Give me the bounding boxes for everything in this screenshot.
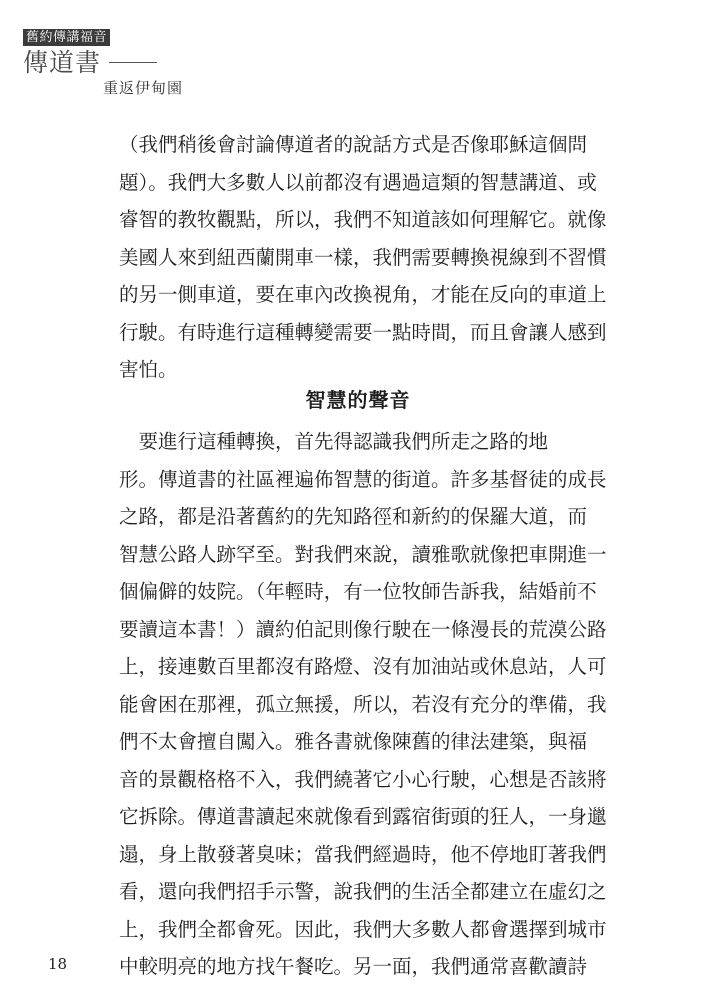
paragraph-1: （我們稍後會討論傳道者的說話方式是否像耶穌這個問 題）。我們大多數人以前都沒有遇… [119,126,597,389]
text-line: 形。傳道書的社區裡遍佈智慧的街道。許多基督徒的成長 [119,461,597,499]
text-line: 遢，身上散發著臭味；當我們經過時，他不停地盯著我們 [119,836,597,874]
text-line: （我們稍後會討論傳道者的說話方式是否像耶穌這個問 [119,126,597,164]
book-subtitle: 重返伊甸園 [103,78,183,98]
text-line: 之路，都是沿著舊約的先知路徑和新約的保羅大道，而 [119,498,597,536]
text-line: 上，我們全都會死。因此，我們大多數人都會選擇到城市 [119,911,597,949]
text-line: 智慧公路人跡罕至。對我們來說，讀雅歌就像把車開進一 [119,536,597,574]
title-dash-divider [109,62,157,63]
text-line: 能會困在那裡，孤立無援，所以，若沒有充分的準備，我 [119,686,597,724]
book-title-text: 傳道書 [23,48,101,77]
text-line: 個偏僻的妓院。（年輕時，有一位牧師告訴我，結婚前不 [119,573,597,611]
text-line: 看，還向我們招手示警，說我們的生活全都建立在虛幻之 [119,873,597,911]
series-tag: 舊約傳講福音 [23,29,110,46]
text-line: 要讀這本書！）讀約伯記則像行駛在一條漫長的荒漠公路 [119,611,597,649]
paragraph-2-text: 要進行這種轉換，首先得認識我們所走之路的地 形。傳道書的社區裡遍佈智慧的街道。許… [119,423,597,986]
text-line: 音的景觀格格不入，我們繞著它小心行駛，心想是否該將 [119,761,597,799]
text-line: 題）。我們大多數人以前都沒有遇過這類的智慧講道、或 [119,164,597,202]
page-number: 18 [48,955,67,973]
text-line: 它拆除。傳道書讀起來就像看到露宿街頭的狂人，一身邋 [119,798,597,836]
text-line: 美國人來到紐西蘭開車一樣，我們需要轉換視線到不習慣 [119,239,597,277]
text-line: 中較明亮的地方找午餐吃。另一面，我們通常喜歡讀詩 [119,948,597,986]
paragraph-2: 要進行這種轉換，首先得認識我們所走之路的地 形。傳道書的社區裡遍佈智慧的街道。許… [119,423,597,986]
text-line: 們不太會擅自闖入。雅各書就像陳舊的律法建築，與福 [119,723,597,761]
text-line: 的另一側車道，要在車內改換視角，才能在反向的車道上 [119,276,597,314]
text-line: 上，接連數百里都沒有路燈、沒有加油站或休息站，人可 [119,648,597,686]
section-heading: 智慧的聲音 [119,386,597,414]
text-line: 睿智的教牧觀點，所以，我們不知道該如何理解它。就像 [119,201,597,239]
text-line: 行駛。有時進行這種轉變需要一點時間，而且會讓人感到 [119,314,597,352]
text-line: 要進行這種轉換，首先得認識我們所走之路的地 [119,423,597,461]
paragraph-1-text: （我們稍後會討論傳道者的說話方式是否像耶穌這個問 題）。我們大多數人以前都沒有遇… [119,126,597,389]
text-line: 害怕。 [119,351,597,389]
book-title: 傳道書 [23,47,157,79]
